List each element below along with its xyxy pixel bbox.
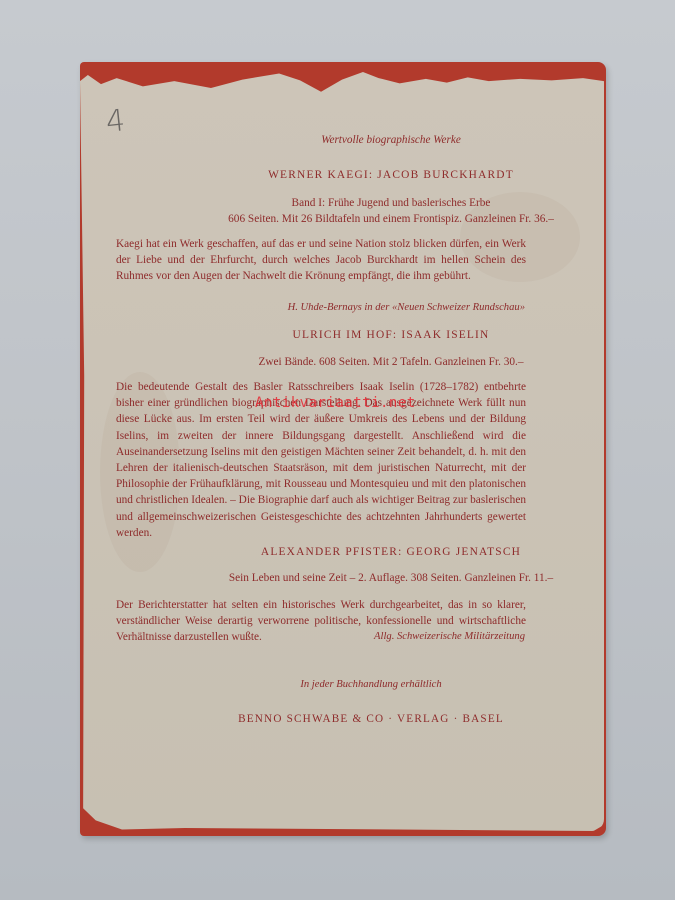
book-3-detail-1: Sein Leben und seine Zeit – 2. Auflage. … <box>186 572 596 584</box>
book-1-review: Kaegi hat ein Werk geschaffen, auf das e… <box>116 236 526 285</box>
book-3-attribution: Allg. Schweizerische Militärzeitung <box>374 631 525 642</box>
publisher-line: BENNO SCHWABE & CO · VERLAG · BASEL <box>166 713 576 725</box>
book-1-attribution: H. Uhde-Bernays in der «Neuen Schweizer … <box>288 302 525 313</box>
book-2-heading: ULRICH IM HOF: ISAAK ISELIN <box>186 329 596 341</box>
pencil-mark: 4 <box>104 103 127 140</box>
book-2-detail-1: Zwei Bände. 608 Seiten. Mit 2 Tafeln. Ga… <box>186 356 596 368</box>
book-1-detail-1: Band I: Frühe Jugend und baslerisches Er… <box>186 197 596 209</box>
series-title: Wertvolle biographische Werke <box>186 134 596 146</box>
book-1-detail-2: 606 Seiten. Mit 26 Bildtafeln und einem … <box>186 213 596 225</box>
watermark: Antikvariaatti.net <box>255 395 416 411</box>
availability-note: In jeder Buchhandlung erhältlich <box>166 679 576 690</box>
book-3-heading: ALEXANDER PFISTER: GEORG JENATSCH <box>186 546 596 558</box>
book-1-heading: WERNER KAEGI: JACOB BURCKHARDT <box>186 169 596 181</box>
